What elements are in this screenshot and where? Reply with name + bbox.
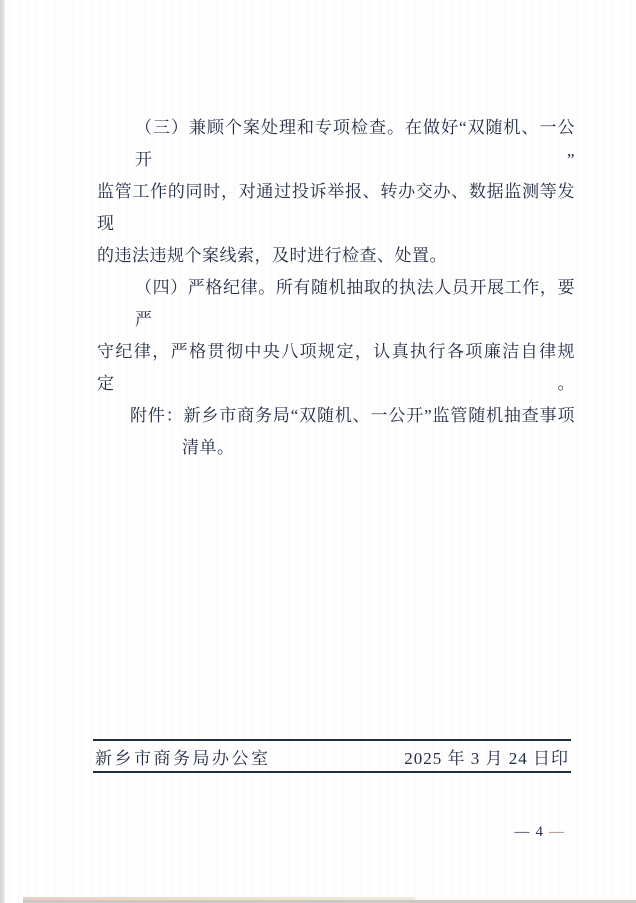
issuing-office: 新乡市商务局办公室 — [93, 744, 271, 769]
body-line: （四）严格纪律。所有随机抽取的执法人员开展工作，要严 — [97, 272, 575, 336]
body-line: 的违法违规个案线索，及时进行检查、处置。 — [97, 240, 575, 272]
attachment-line-continuation: 清单。 — [97, 432, 575, 464]
page-number-left-dash: — — [509, 824, 536, 841]
body-line: 监管工作的同时，对通过投诉举报、转办交办、数据监测等发现 — [97, 176, 575, 240]
page-number-right-dash: — — [543, 824, 570, 841]
document-body: （三）兼顾个案处理和专项检查。在做好“双随机、一公开” 监管工作的同时，对通过投… — [97, 112, 575, 464]
scan-edge-left — [0, 0, 5, 903]
attachment-line: 附件：新乡市商务局“双随机、一公开”监管随机抽查事项 — [97, 400, 575, 432]
colophon: 新乡市商务局办公室 2025 年 3 月 24 日印 — [93, 739, 571, 773]
page-number: —4— — [509, 824, 571, 841]
body-line: 守纪律，严格贯彻中央八项规定，认真执行各项廉洁自律规定。 — [97, 336, 575, 400]
document-page: （三）兼顾个案处理和专项检查。在做好“双随机、一公开” 监管工作的同时，对通过投… — [0, 0, 636, 903]
body-line: （三）兼顾个案处理和专项检查。在做好“双随机、一公开” — [97, 112, 575, 176]
print-date: 2025 年 3 月 24 日印 — [404, 744, 571, 769]
page-number-value: 4 — [536, 824, 544, 840]
